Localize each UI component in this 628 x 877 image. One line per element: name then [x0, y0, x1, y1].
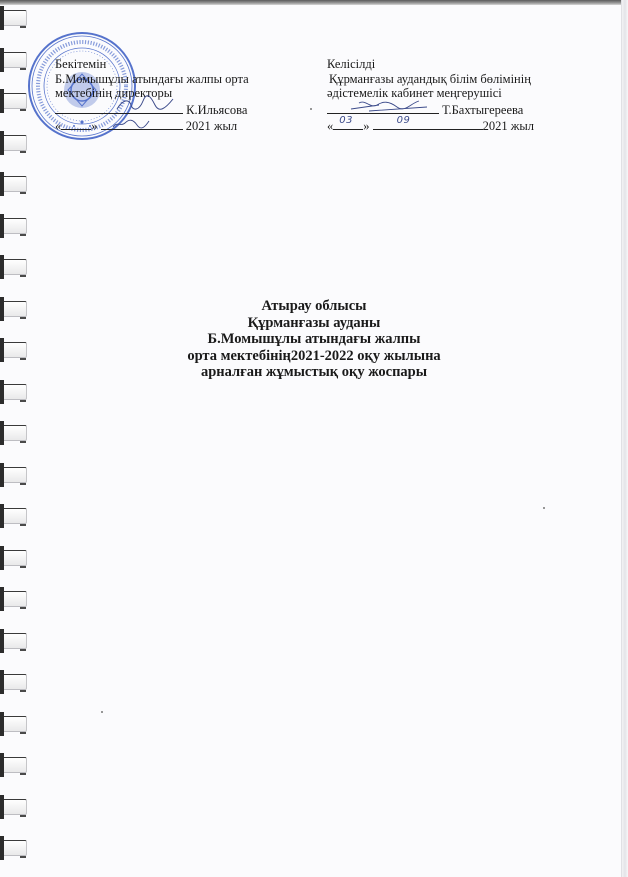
- agreement-org-line: Құрманғазы аудандық білім бөлімінің: [327, 72, 587, 87]
- agreement-date-month: 09: [373, 117, 483, 130]
- approval-heading: Бекітемін: [55, 57, 305, 72]
- approval-org-line: Б.Момышұлы атындағы жалпы орта: [55, 72, 305, 87]
- agreement-date-day: 03: [333, 117, 363, 130]
- agreement-signatory: Т.Бахтыгереева: [442, 103, 523, 117]
- title-line-region: Атырау облысы: [0, 298, 628, 315]
- agreement-block: Келісілді Құрманғазы аудандық білім бөлі…: [327, 57, 587, 134]
- binding-ring: [0, 89, 27, 113]
- binding-ring: [0, 463, 27, 487]
- document-title: Атырау облысы Құрманғазы ауданы Б.Момышұ…: [0, 298, 628, 381]
- title-line-district: Құрманғазы ауданы: [0, 315, 628, 332]
- binding-ring: [0, 48, 27, 72]
- binding-ring: [0, 255, 27, 279]
- handwritten-month-icon: [111, 117, 151, 129]
- binding-ring: [0, 629, 27, 653]
- binding-ring: [0, 380, 27, 404]
- title-line-plan-name: арналған жұмыстық оқу жоспары: [0, 364, 628, 381]
- scan-speck: [310, 108, 312, 110]
- scan-top-edge: [0, 0, 628, 5]
- binding-ring: [0, 131, 27, 155]
- binding-ring: [0, 546, 27, 570]
- binding-ring: [0, 836, 27, 860]
- approval-signatory: К.Ильясова: [186, 103, 247, 117]
- approval-signature-line: [55, 101, 183, 114]
- binding-ring: [0, 214, 27, 238]
- binding-ring: [0, 753, 27, 777]
- title-line-school-year: орта мектебінің2021-2022 оқу жылына: [0, 348, 628, 365]
- agreement-signature-row: Т.Бахтыгереева: [327, 101, 587, 118]
- scan-speck: [543, 507, 545, 509]
- scan-right-edge: [621, 0, 628, 877]
- agreement-year: 2021 жыл: [483, 119, 534, 133]
- scan-speck: [101, 711, 103, 713]
- binding-ring: [0, 421, 27, 445]
- binding-ring: [0, 6, 27, 30]
- binding-ring: [0, 670, 27, 694]
- approval-year: 2021 жыл: [186, 119, 237, 133]
- agreement-date-row: « 03 » 09 2021 жыл: [327, 117, 587, 134]
- title-line-school-name: Б.Момышұлы атындағы жалпы: [0, 331, 628, 348]
- approval-role-line: мектебінің директоры: [55, 86, 305, 101]
- agreement-signature-line: [327, 101, 439, 114]
- handwritten-signature-icon: [349, 97, 429, 113]
- agreement-heading: Келісілді: [327, 57, 587, 72]
- binding-ring: [0, 504, 27, 528]
- approval-date-row: « » 2021 жыл: [55, 117, 305, 134]
- approval-date-month: [101, 117, 183, 130]
- binding-ring: [0, 795, 27, 819]
- approval-signature-row: К.Ильясова: [55, 101, 305, 118]
- approval-block: Бекітемін Б.Момышұлы атындағы жалпы орта…: [55, 57, 305, 134]
- binding-ring: [0, 712, 27, 736]
- binding-ring: [0, 587, 27, 611]
- binding-ring: [0, 172, 27, 196]
- handwritten-signature-icon: [115, 95, 175, 113]
- approval-date-day: [61, 117, 91, 130]
